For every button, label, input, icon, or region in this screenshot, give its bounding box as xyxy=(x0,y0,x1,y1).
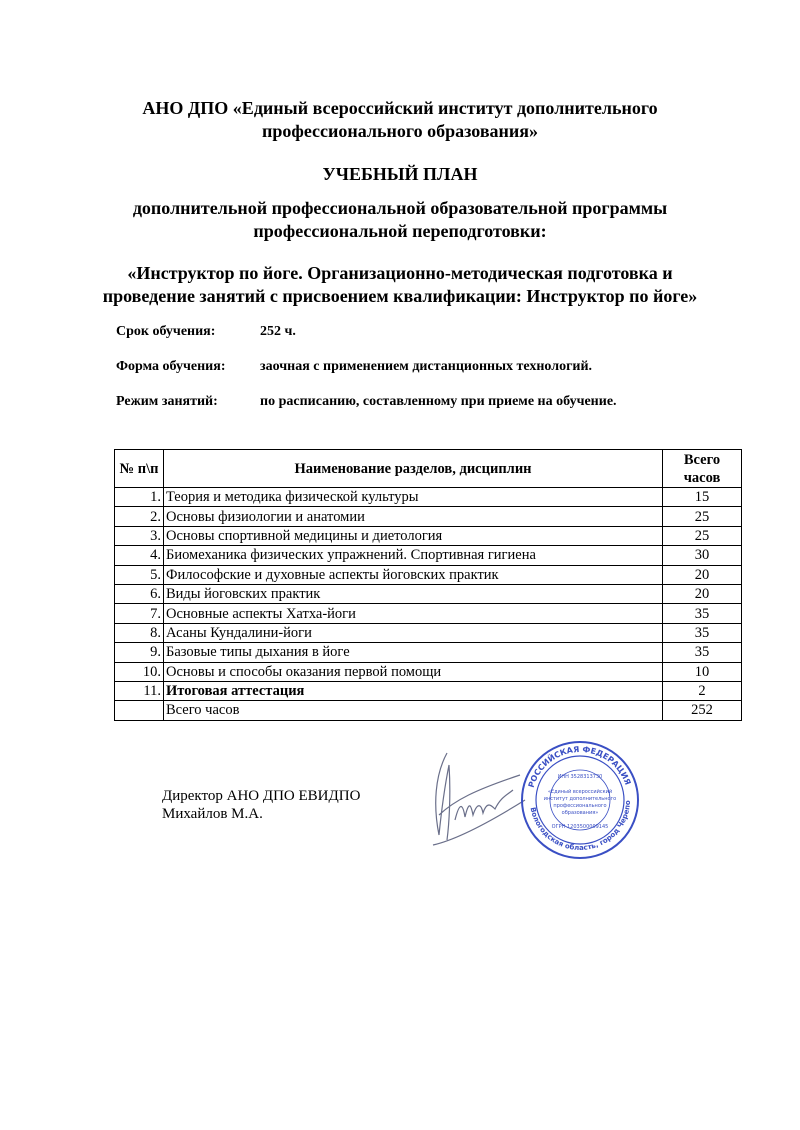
director-title: Директор АНО ДПО ЕВИДПО xyxy=(162,787,360,805)
svg-text:профессионального: профессионального xyxy=(553,803,606,809)
row-hours: 252 xyxy=(663,701,742,720)
row-hours: 35 xyxy=(663,604,742,623)
svg-text:РОССИЙСКАЯ ФЕДЕРАЦИЯ: РОССИЙСКАЯ ФЕДЕРАЦИЯ xyxy=(527,745,633,789)
table-row: 8.Асаны Кундалини-йоги35 xyxy=(115,623,742,642)
row-hours: 15 xyxy=(663,488,742,507)
row-discipline: Основы физиологии и анатомии xyxy=(164,507,663,526)
table-row: 1.Теория и методика физической культуры1… xyxy=(115,488,742,507)
svg-text:«Единый всероссийский: «Единый всероссийский xyxy=(548,788,612,795)
official-stamp: РОССИЙСКАЯ ФЕДЕРАЦИЯ Вологодская область… xyxy=(518,738,643,863)
svg-text:образования»: образования» xyxy=(562,810,599,816)
row-hours: 25 xyxy=(663,526,742,545)
row-number: 2. xyxy=(115,507,164,526)
row-discipline: Базовые типы дыхания в йоге xyxy=(164,643,663,662)
table-row: 4.Биомеханика физических упражнений. Спо… xyxy=(115,546,742,565)
table-row: 9.Базовые типы дыхания в йоге35 xyxy=(115,643,742,662)
row-number: 3. xyxy=(115,526,164,545)
header-discipline: Наименование разделов, дисциплин xyxy=(164,450,663,488)
header-hours: Всегочасов xyxy=(663,450,742,488)
table-row: 5.Философские и духовные аспекты йоговск… xyxy=(115,565,742,584)
svg-text:ОГРН 1203500009145: ОГРН 1203500009145 xyxy=(552,824,609,830)
table-row: 3.Основы спортивной медицины и диетологи… xyxy=(115,526,742,545)
meta-value: 252 ч. xyxy=(260,324,296,339)
director-name: Михайлов М.А. xyxy=(162,805,360,823)
row-number: 8. xyxy=(115,623,164,642)
row-discipline: Биомеханика физических упражнений. Спорт… xyxy=(164,546,663,565)
row-hours: 25 xyxy=(663,507,742,526)
row-number xyxy=(115,701,164,720)
row-discipline: Итоговая аттестация xyxy=(164,681,663,700)
row-discipline: Теория и методика физической культуры xyxy=(164,488,663,507)
row-hours: 30 xyxy=(663,546,742,565)
row-hours: 10 xyxy=(663,662,742,681)
program-title: «Инструктор по йоге. Организационно-мето… xyxy=(0,262,800,308)
table-row: Всего часов252 xyxy=(115,701,742,720)
meta-study-form: Форма обучения:заочная с применением дис… xyxy=(116,358,592,376)
institution-name: АНО ДПО «Единый всероссийский институт д… xyxy=(0,97,800,143)
row-number: 11. xyxy=(115,681,164,700)
row-discipline: Всего часов xyxy=(164,701,663,720)
row-discipline: Философские и духовные аспекты йоговских… xyxy=(164,565,663,584)
row-discipline: Основы и способы оказания первой помощи xyxy=(164,662,663,681)
document-title: УЧЕБНЫЙ ПЛАН xyxy=(0,163,800,186)
row-hours: 2 xyxy=(663,681,742,700)
row-discipline: Основные аспекты Хатха-йоги xyxy=(164,604,663,623)
row-number: 6. xyxy=(115,584,164,603)
row-discipline: Асаны Кундалини-йоги xyxy=(164,623,663,642)
table-row: 2.Основы физиологии и анатомии25 xyxy=(115,507,742,526)
curriculum-table: № п\п Наименование разделов, дисциплин В… xyxy=(114,449,742,721)
row-discipline: Основы спортивной медицины и диетология xyxy=(164,526,663,545)
row-number: 1. xyxy=(115,488,164,507)
table-row: 11.Итоговая аттестация2 xyxy=(115,681,742,700)
row-number: 9. xyxy=(115,643,164,662)
row-number: 7. xyxy=(115,604,164,623)
meta-label: Режим занятий: xyxy=(116,393,260,411)
row-number: 5. xyxy=(115,565,164,584)
meta-value: по расписанию, составленному при приеме … xyxy=(260,394,617,409)
table-row: 10.Основы и способы оказания первой помо… xyxy=(115,662,742,681)
meta-duration: Срок обучения:252 ч. xyxy=(116,323,296,341)
row-discipline: Виды йоговских практик xyxy=(164,584,663,603)
row-number: 4. xyxy=(115,546,164,565)
table-header-row: № п\п Наименование разделов, дисциплин В… xyxy=(115,450,742,488)
header-number: № п\п xyxy=(115,450,164,488)
row-number: 10. xyxy=(115,662,164,681)
svg-text:ИНН 3528313730: ИНН 3528313730 xyxy=(558,774,603,780)
document-subtitle: дополнительной профессиональной образова… xyxy=(0,197,800,243)
row-hours: 20 xyxy=(663,565,742,584)
svg-text:институт дополнительного: институт дополнительного xyxy=(544,796,617,802)
meta-label: Форма обучения: xyxy=(116,358,260,376)
table-row: 6.Виды йоговских практик20 xyxy=(115,584,742,603)
table-row: 7.Основные аспекты Хатха-йоги35 xyxy=(115,604,742,623)
row-hours: 35 xyxy=(663,643,742,662)
meta-value: заочная с применением дистанционных техн… xyxy=(260,359,592,374)
meta-label: Срок обучения: xyxy=(116,323,260,341)
row-hours: 20 xyxy=(663,584,742,603)
meta-schedule: Режим занятий:по расписанию, составленно… xyxy=(116,393,617,411)
row-hours: 35 xyxy=(663,623,742,642)
signature-block: Директор АНО ДПО ЕВИДПО Михайлов М.А. xyxy=(162,787,360,823)
